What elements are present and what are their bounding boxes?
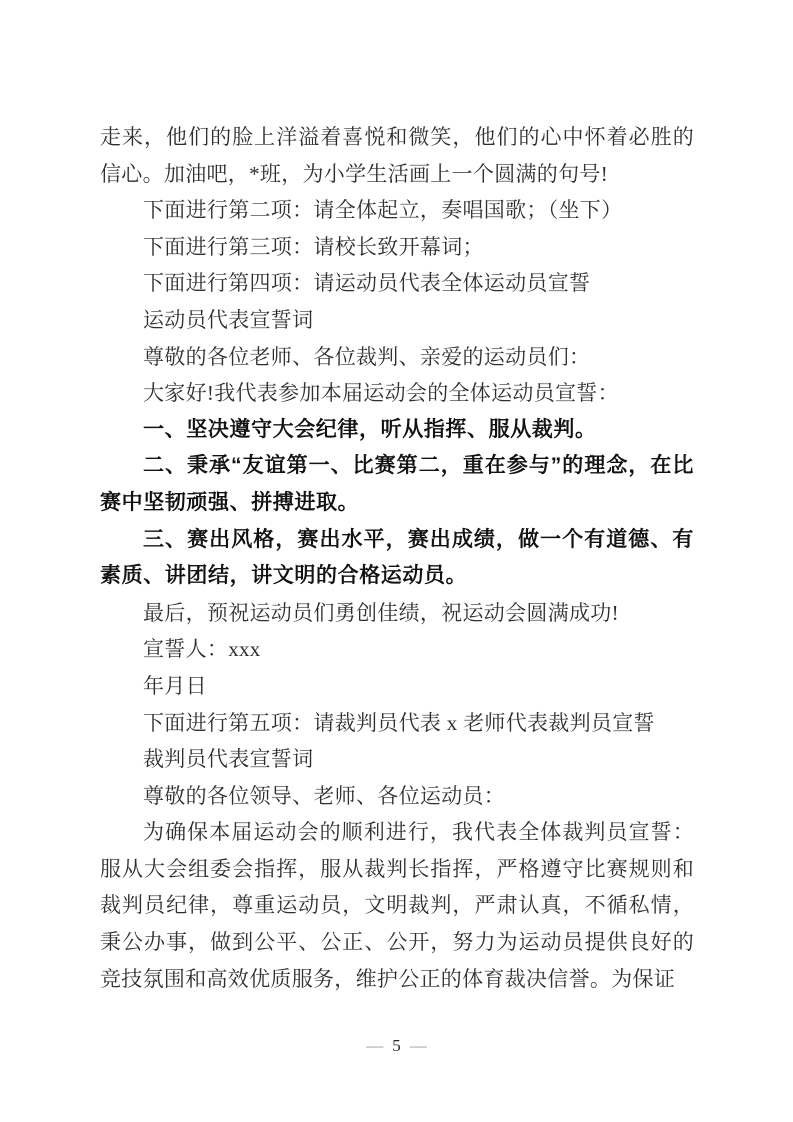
para-agenda-item-5: 下面进行第五项：请裁判员代表 x 老师代表裁判员宣誓 xyxy=(100,705,694,742)
document-page: 走来，他们的脸上洋溢着喜悦和微笑，他们的心中怀着必胜的信心。加油吧，*班，为小学… xyxy=(0,0,793,1122)
para-agenda-item-2: 下面进行第二项：请全体起立，奏唱国歌；（坐下） xyxy=(100,192,694,229)
para-referee-salutation: 尊敬的各位领导、老师、各位运动员： xyxy=(100,778,694,815)
document-body: 走来，他们的脸上洋溢着喜悦和微笑，他们的心中怀着必胜的信心。加油吧，*班，为小学… xyxy=(100,119,694,997)
para-continuation-opening: 走来，他们的脸上洋溢着喜悦和微笑，他们的心中怀着必胜的信心。加油吧，*班，为小学… xyxy=(100,119,694,192)
para-referee-oath-body: 为确保本届运动会的顺利进行，我代表全体裁判员宣誓：服从大会组委会指挥，服从裁判长… xyxy=(100,814,694,997)
para-oath-point-2: 二、秉承“友谊第一、比赛第二，重在参与”的理念，在比赛中坚韧顽强、拼搏进取。 xyxy=(100,448,694,521)
para-athlete-greeting: 大家好!我代表参加本届运动会的全体运动员宣誓： xyxy=(100,375,694,412)
footer-dash-right: — xyxy=(410,1036,427,1055)
heading-referee-oath: 裁判员代表宣誓词 xyxy=(100,741,694,778)
para-agenda-item-3: 下面进行第三项：请校长致开幕词； xyxy=(100,229,694,266)
para-athlete-closing: 最后，预祝运动员们勇创佳绩，祝运动会圆满成功! xyxy=(100,595,694,632)
para-oath-point-1: 一、坚决遵守大会纪律，听从指挥、服从裁判。 xyxy=(100,412,694,449)
para-athlete-salutation: 尊敬的各位老师、各位裁判、亲爱的运动员们： xyxy=(100,339,694,376)
page-footer: —5— xyxy=(0,1036,793,1056)
para-date: 年月日 xyxy=(100,668,694,705)
para-oath-point-3: 三、赛出风格，赛出水平，赛出成绩，做一个有道德、有素质、讲团结，讲文明的合格运动… xyxy=(100,522,694,595)
heading-athlete-oath: 运动员代表宣誓词 xyxy=(100,302,694,339)
para-agenda-item-4: 下面进行第四项：请运动员代表全体运动员宣誓 xyxy=(100,265,694,302)
footer-dash-left: — xyxy=(366,1036,383,1055)
page-number: 5 xyxy=(392,1036,401,1055)
para-oath-taker: 宣誓人：xxx xyxy=(100,631,694,668)
